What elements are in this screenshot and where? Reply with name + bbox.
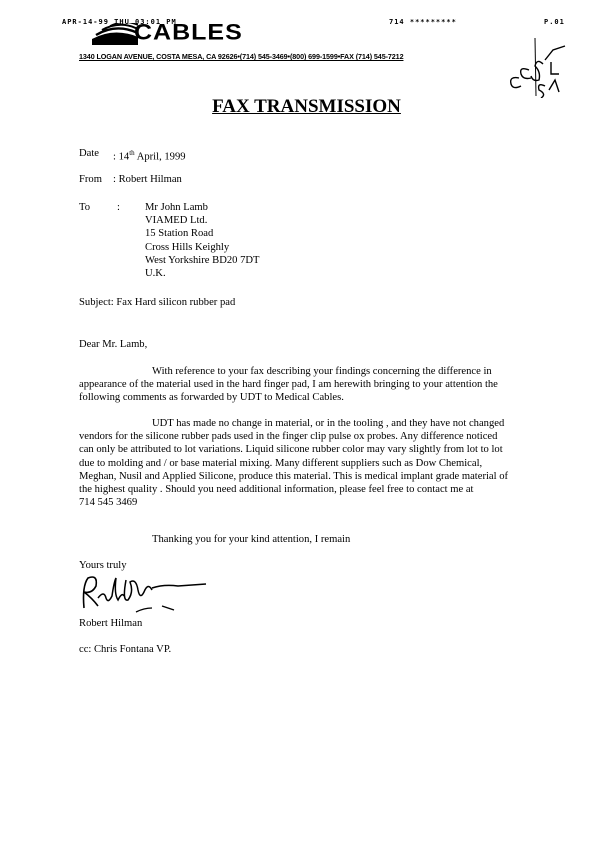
paragraph-2-line: due to molding and / or base material mi… bbox=[79, 457, 549, 470]
handwriting-mark-icon bbox=[505, 38, 585, 98]
signature bbox=[78, 572, 218, 616]
letterhead-address: 1340 LOGAN AVENUE, COSTA MESA, CA 92626•… bbox=[79, 52, 403, 61]
paragraph-2-line: can only be attributed to lot variations… bbox=[79, 443, 549, 456]
closing-line: Thanking you for your kind attention, I … bbox=[152, 533, 350, 546]
from-value: : Robert Hilman bbox=[113, 173, 182, 186]
paragraph-1-line: With reference to your fax describing yo… bbox=[79, 365, 549, 378]
paragraph-2-line: the highest quality . Should you need ad… bbox=[79, 483, 549, 496]
paragraph-1-line: following comments as forwarded by UDT t… bbox=[79, 391, 549, 404]
cc-line: cc: Chris Fontana VP. bbox=[79, 643, 171, 656]
to-colon: : bbox=[117, 201, 120, 214]
date-label: Date bbox=[79, 147, 99, 160]
signatory-name: Robert Hilman bbox=[79, 617, 142, 630]
company-logo: CABLES bbox=[92, 20, 257, 46]
recipient-name: Mr John Lamb bbox=[145, 201, 260, 214]
recipient-country: U.K. bbox=[145, 267, 260, 280]
contact-phone: 714 545 3469 bbox=[79, 496, 549, 509]
logo-swoosh-icon bbox=[92, 23, 138, 45]
recipient-company: VIAMED Ltd. bbox=[145, 214, 260, 227]
subject-value: Fax Hard silicon rubber pad bbox=[116, 297, 235, 308]
paragraph-2-line: UDT has made no change in material, or i… bbox=[79, 417, 549, 430]
paragraph-2: UDT has made no change in material, or i… bbox=[79, 417, 549, 509]
paragraph-1-line: appearance of the material used in the h… bbox=[79, 378, 549, 391]
valediction: Yours truly bbox=[79, 559, 127, 572]
subject-label: Subject: bbox=[79, 297, 114, 308]
to-label: To bbox=[79, 201, 90, 214]
recipient-street: 15 Station Road bbox=[145, 227, 260, 240]
handwritten-annotation bbox=[505, 38, 585, 98]
from-label: From bbox=[79, 173, 102, 186]
salutation: Dear Mr. Lamb, bbox=[79, 338, 147, 351]
paragraph-1: With reference to your fax describing yo… bbox=[79, 365, 549, 405]
signature-scribble-icon bbox=[78, 572, 218, 616]
fax-header-page: P.01 bbox=[544, 18, 565, 26]
fax-header-number: 714 ********* bbox=[389, 18, 457, 26]
date-value: : 14th April, 1999 bbox=[113, 147, 186, 164]
recipient-town: Cross Hills Keighly bbox=[145, 241, 260, 254]
paragraph-2-line: vendors for the silicone rubber pads use… bbox=[79, 430, 549, 443]
document-title: FAX TRANSMISSION bbox=[0, 96, 595, 118]
subject-line: Subject: Fax Hard silicon rubber pad bbox=[79, 296, 235, 309]
paragraph-2-line: Meghan, Nusil and Applied Silicone, prod… bbox=[79, 470, 549, 483]
recipient-county: West Yorkshire BD20 7DT bbox=[145, 254, 260, 267]
recipient-address: Mr John Lamb VIAMED Ltd. 15 Station Road… bbox=[145, 201, 260, 280]
logo-text: CABLES bbox=[134, 19, 243, 45]
